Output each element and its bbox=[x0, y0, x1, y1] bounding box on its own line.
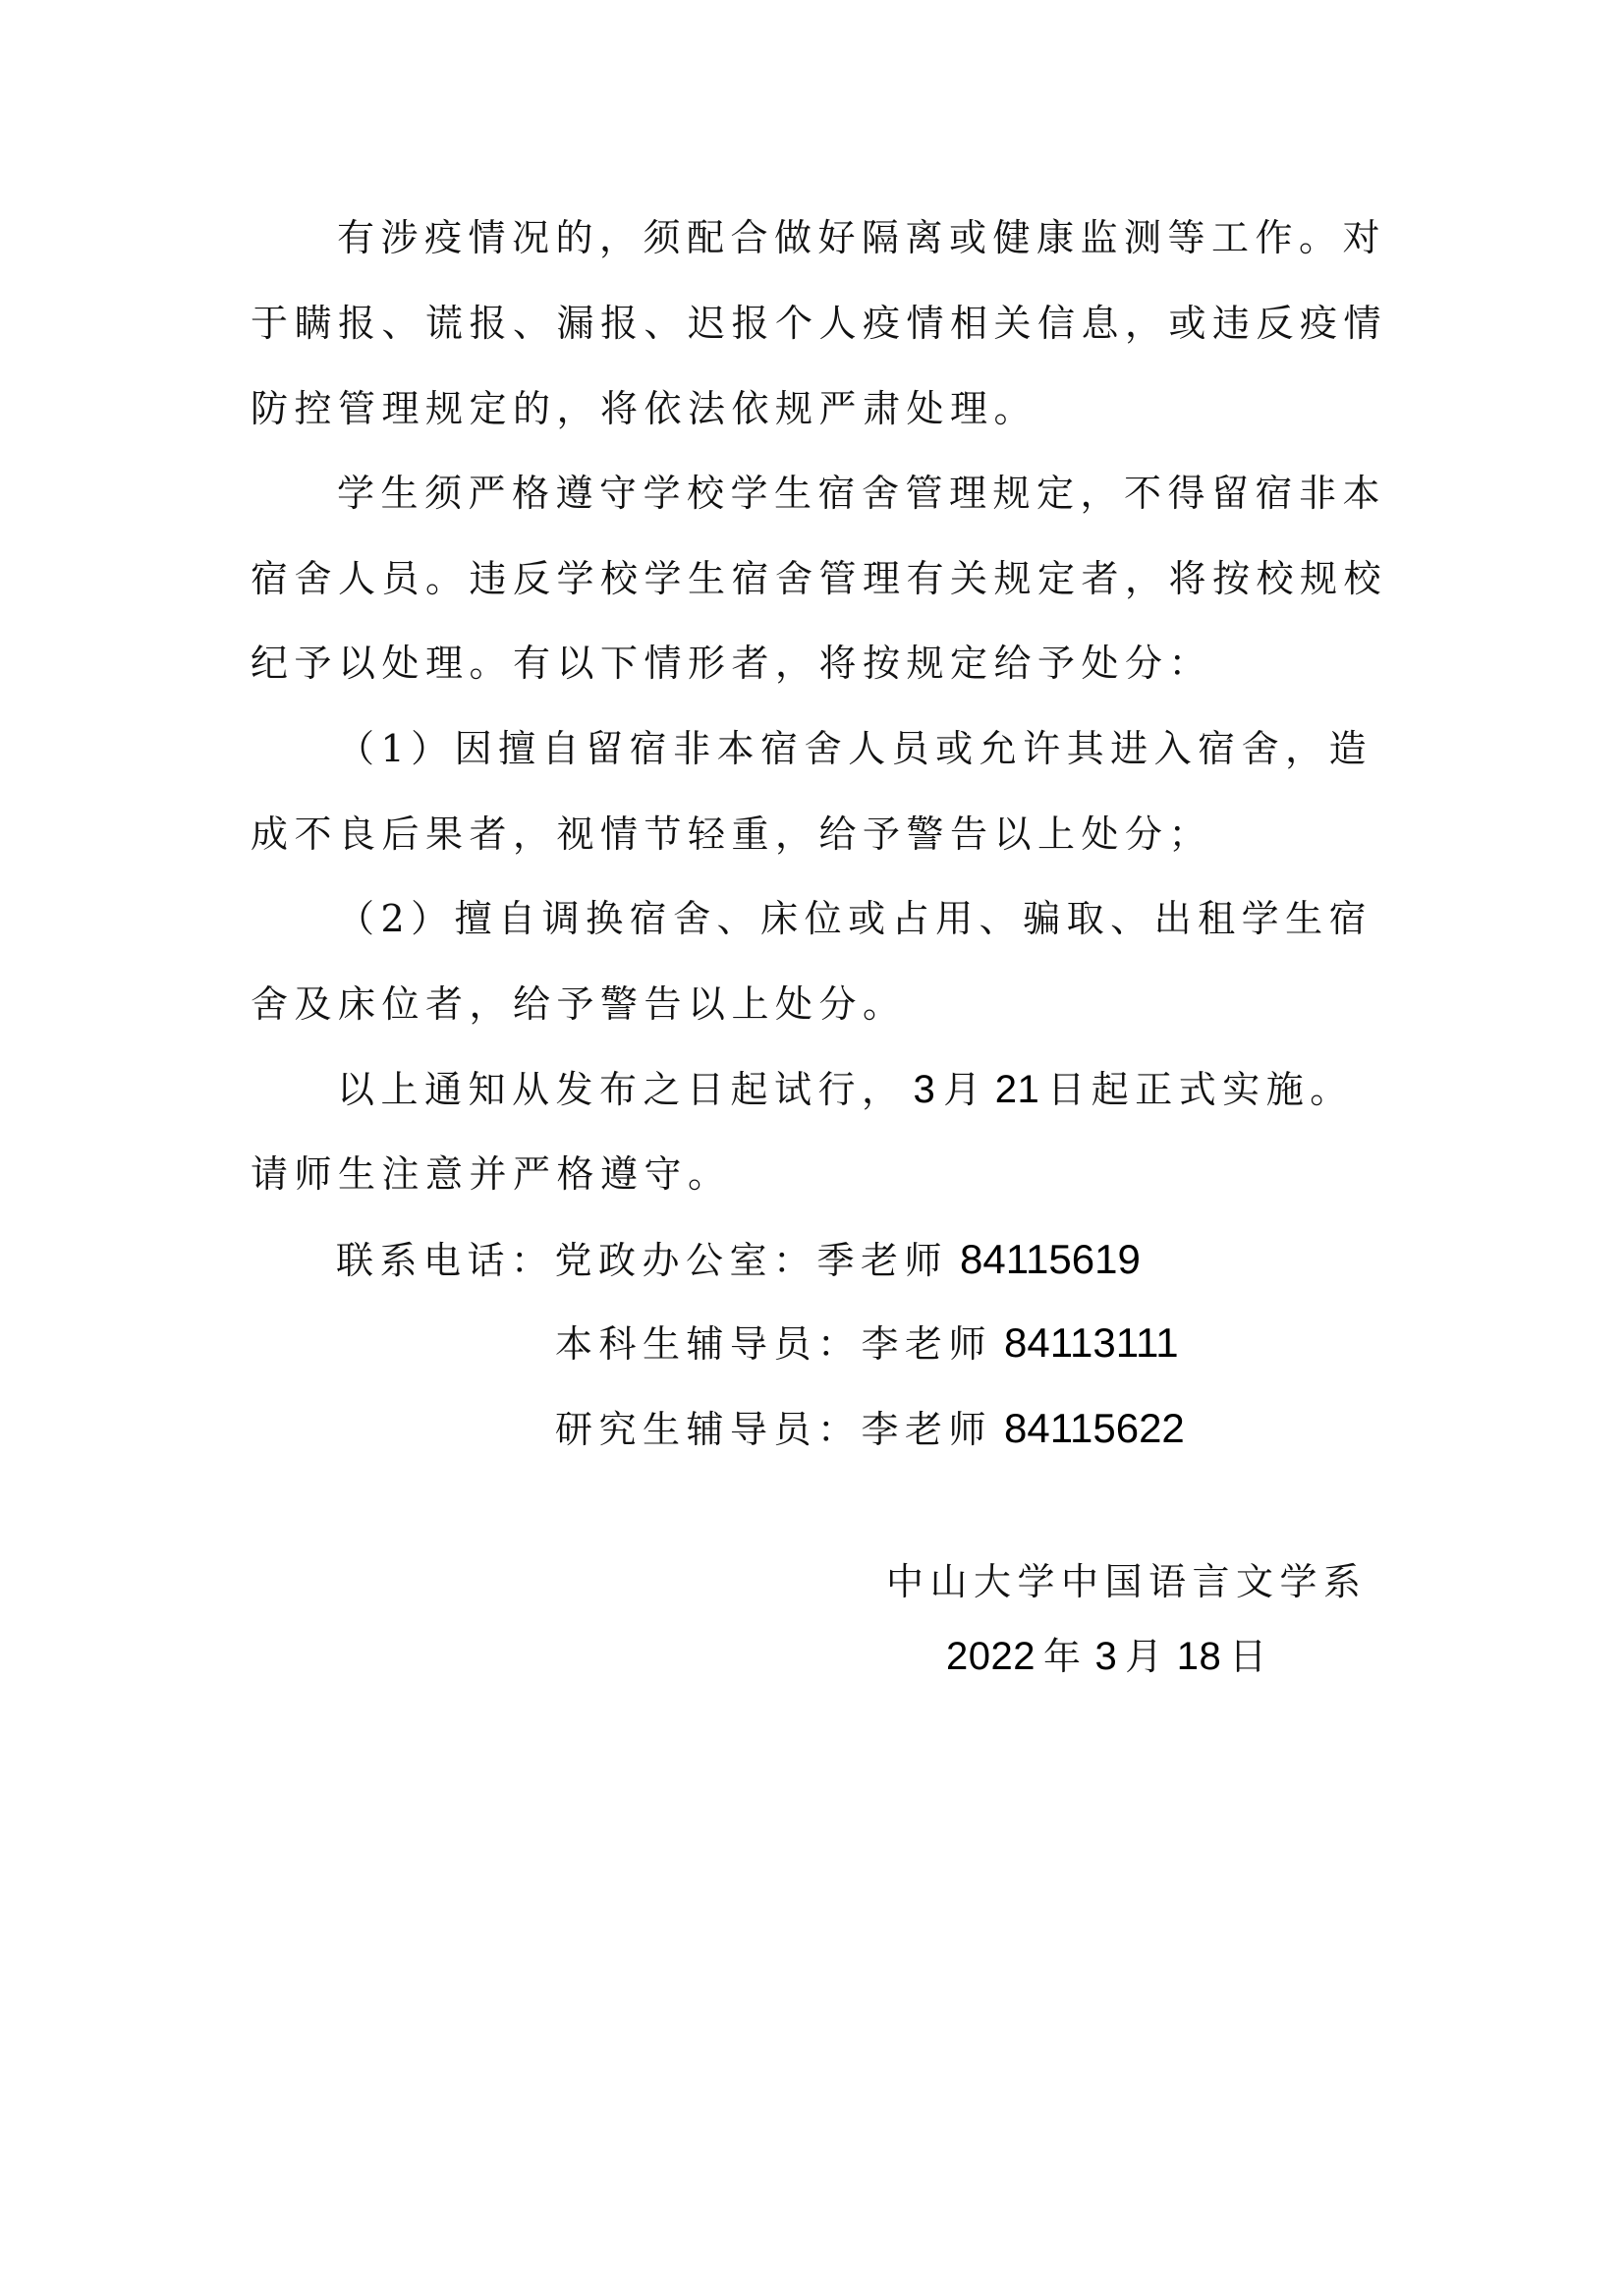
effective-month: 3 bbox=[906, 1068, 944, 1111]
contact-row-1: 联系电话：党政办公室：季老师84115619 bbox=[336, 1236, 1141, 1283]
effective-date-line-1: 以上通知从发布之日起试行，3月21日起正式实施。 bbox=[337, 1066, 1354, 1113]
contact-office: 研究生辅导员： bbox=[555, 1408, 862, 1451]
contact-phone: 84115619 bbox=[960, 1236, 1141, 1282]
date-month: 3 bbox=[1088, 1635, 1126, 1678]
effective-date-suffix: 日起正式实施。 bbox=[1047, 1068, 1354, 1111]
date-year-unit: 年 bbox=[1043, 1635, 1088, 1678]
date-month-unit: 月 bbox=[1125, 1635, 1169, 1678]
effective-day: 21 bbox=[987, 1068, 1048, 1111]
contact-phone: 84115622 bbox=[1004, 1405, 1185, 1451]
contact-label: 联系电话： bbox=[336, 1239, 555, 1282]
paragraph-1-line-2: 于瞒报、谎报、漏报、迟报个人疫情相关信息，或违反疫情 bbox=[251, 300, 1387, 347]
date-day: 18 bbox=[1169, 1635, 1230, 1678]
contact-person: 季老师 bbox=[817, 1239, 949, 1282]
contact-phone: 84113111 bbox=[1004, 1319, 1179, 1366]
contact-office: 本科生辅导员： bbox=[555, 1322, 862, 1366]
item-1-line-1: （1）因擅自留宿非本宿舍人员或允许其进入宿舍，造 bbox=[337, 725, 1372, 772]
paragraph-2-line-1: 学生须严格遵守学校学生宿舍管理规定，不得留宿非本 bbox=[337, 470, 1386, 517]
contact-person: 李老师 bbox=[862, 1408, 993, 1451]
item-1-line-2: 成不良后果者，视情节轻重，给予警告以上处分； bbox=[251, 811, 1212, 858]
effective-month-unit: 月 bbox=[943, 1068, 987, 1111]
signature-date: 2022年3月18日 bbox=[938, 1633, 1273, 1680]
signature-organization: 中山大学中国语言文学系 bbox=[886, 1558, 1368, 1605]
date-day-unit: 日 bbox=[1229, 1635, 1273, 1678]
effective-date-prefix: 以上通知从发布之日起试行， bbox=[337, 1068, 906, 1111]
paragraph-2-line-3: 纪予以处理。有以下情形者，将按规定给予处分： bbox=[251, 640, 1212, 687]
date-year: 2022 bbox=[938, 1635, 1043, 1678]
item-2-line-1: （2）擅自调换宿舍、床位或占用、骗取、出租学生宿 bbox=[337, 895, 1372, 942]
contact-office: 党政办公室： bbox=[555, 1239, 817, 1282]
contact-person: 李老师 bbox=[862, 1322, 993, 1366]
effective-date-line-2: 请师生注意并严格遵守。 bbox=[251, 1150, 732, 1198]
paragraph-1-line-1: 有涉疫情况的，须配合做好隔离或健康监测等工作。对 bbox=[337, 214, 1386, 261]
paragraph-2-line-2: 宿舍人员。违反学校学生宿舍管理有关规定者，将按校规校 bbox=[251, 555, 1387, 602]
paragraph-1-line-3: 防控管理规定的，将依法依规严肃处理。 bbox=[251, 385, 1037, 432]
contact-row-2: 本科生辅导员：李老师84113111 bbox=[555, 1319, 1179, 1367]
contact-row-3: 研究生辅导员：李老师84115622 bbox=[555, 1405, 1185, 1452]
item-2-line-2: 舍及床位者，给予警告以上处分。 bbox=[251, 980, 907, 1028]
document-page: 有涉疫情况的，须配合做好隔离或健康监测等工作。对 于瞒报、谎报、漏报、迟报个人疫… bbox=[0, 0, 1624, 2296]
